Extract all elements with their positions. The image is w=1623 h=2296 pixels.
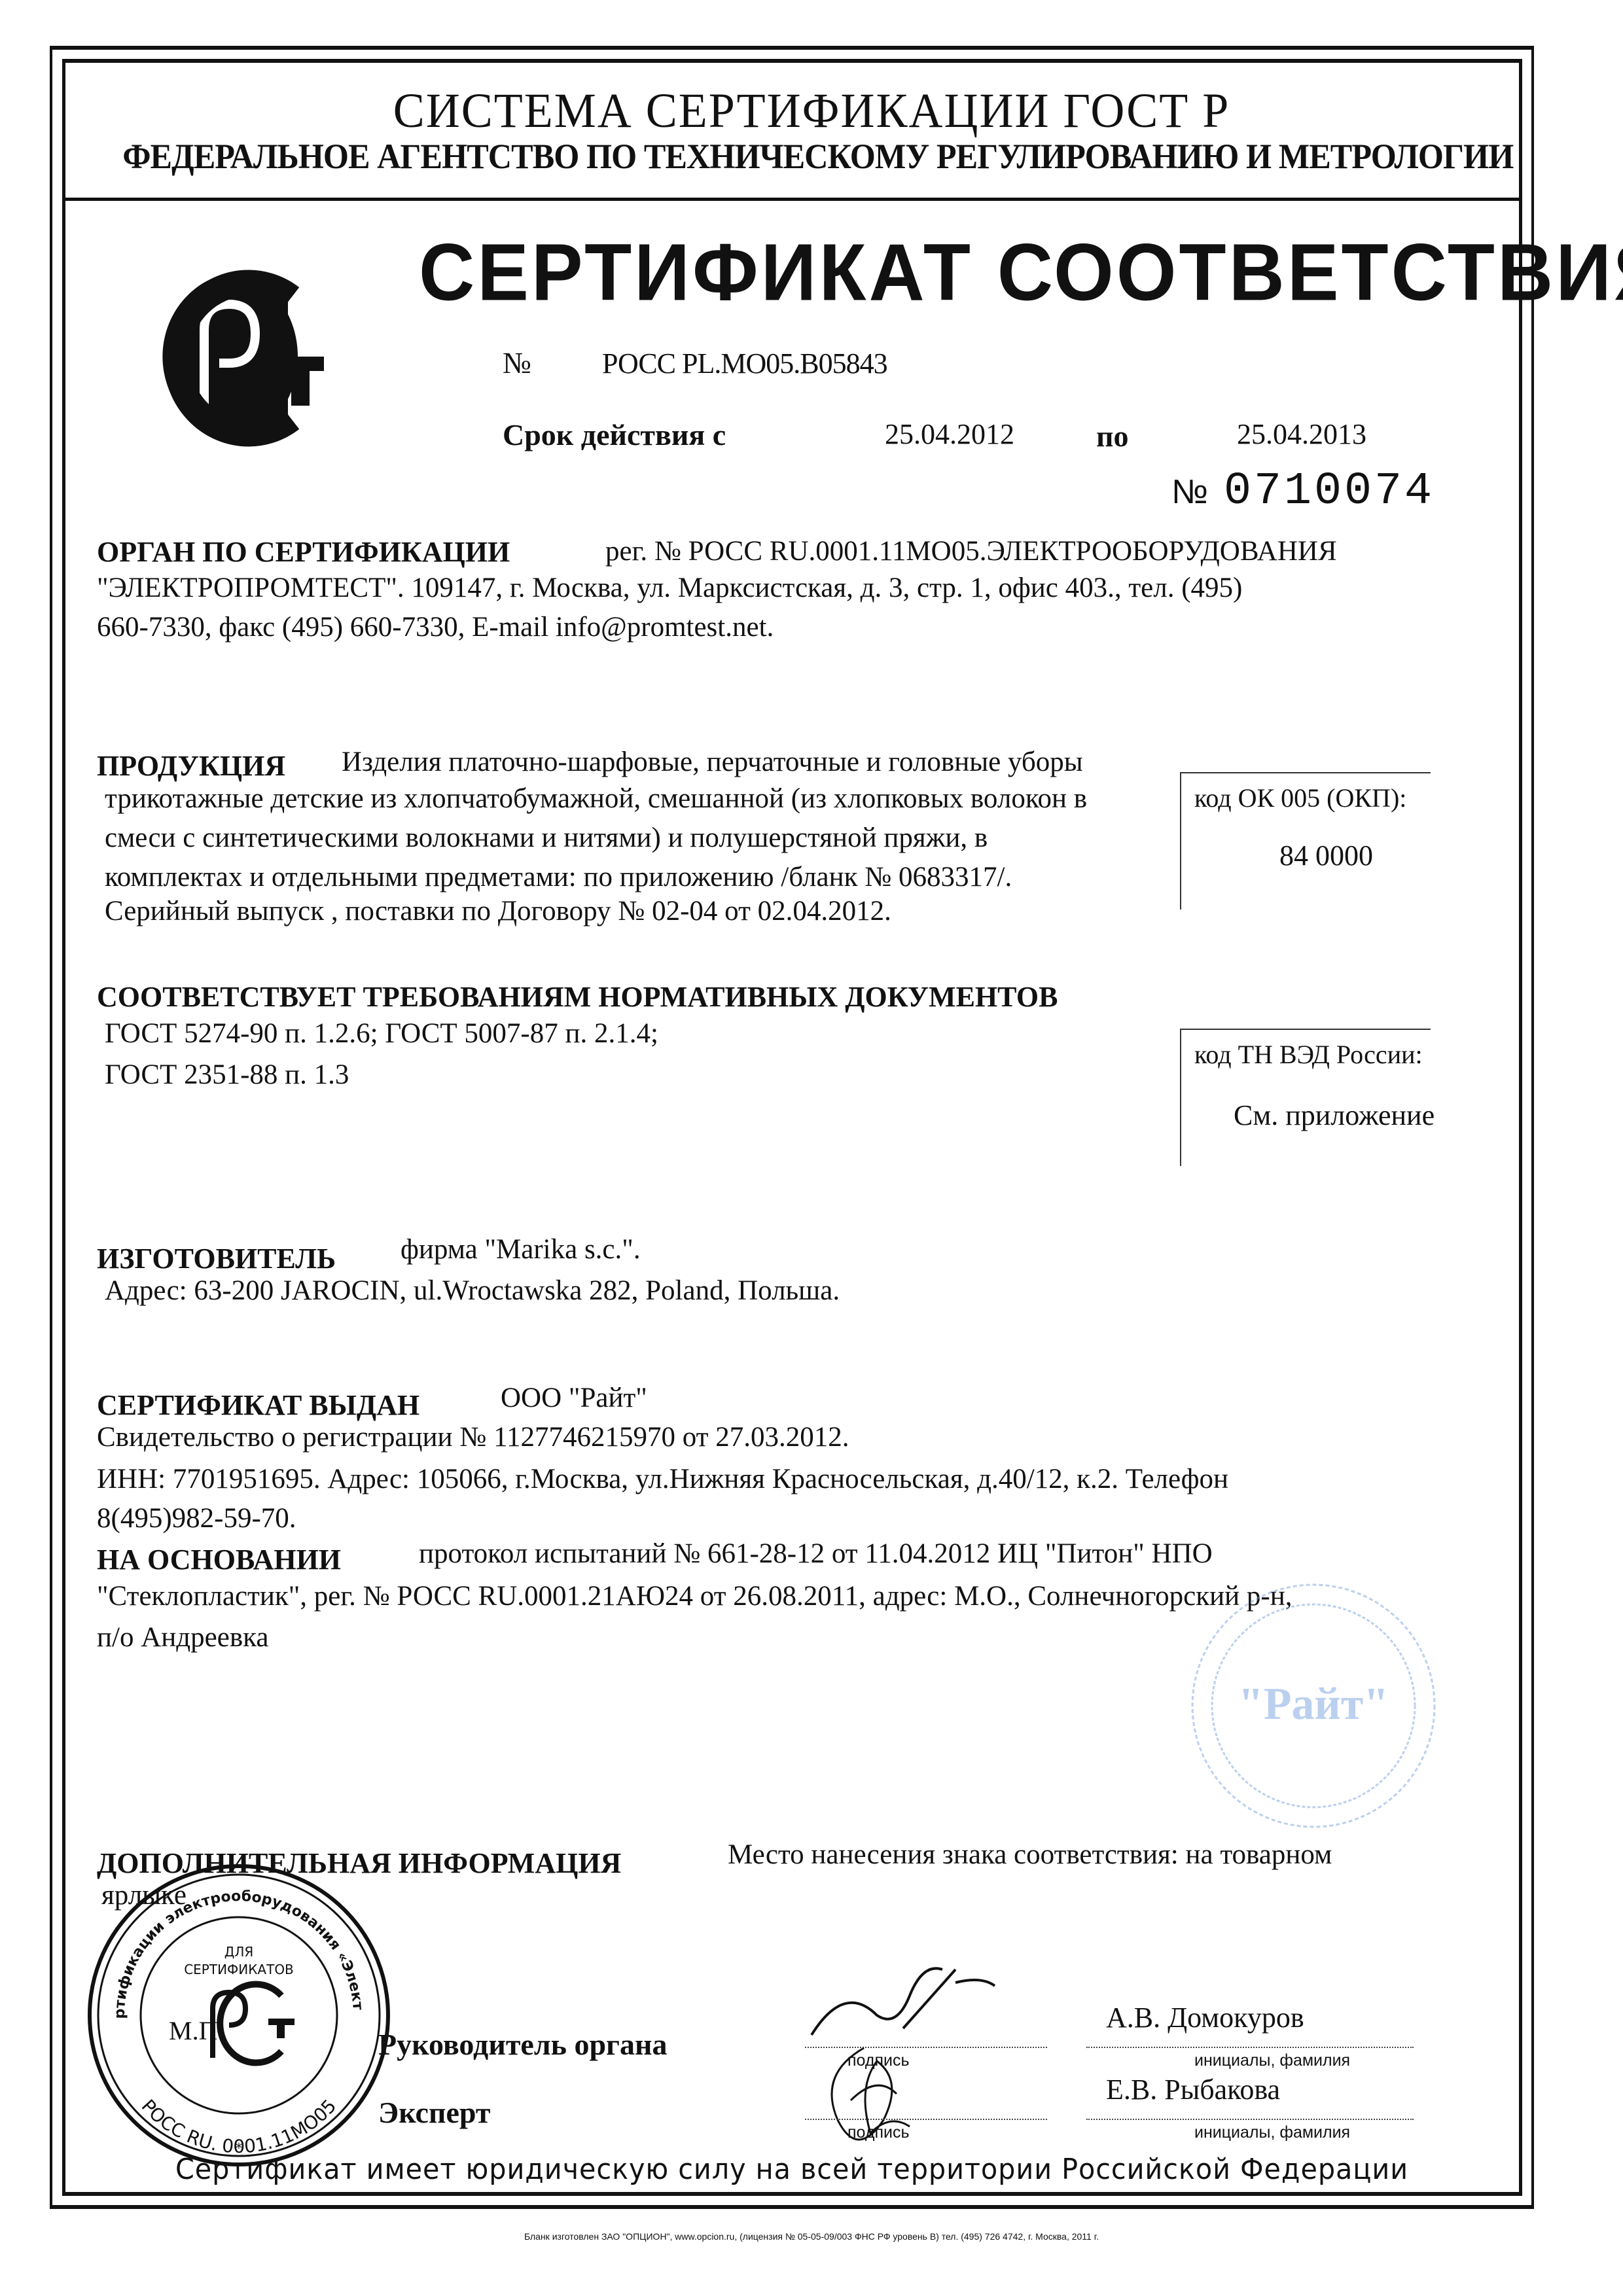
product-line: смеси с синтетическими волокнами и нитям… [105,822,988,854]
conformity-heading: СООТВЕТСТВУЕТ ТРЕБОВАНИЯМ НОРМАТИВНЫХ ДО… [97,980,1058,1014]
tnved-code-value: См. приложение [1234,1099,1435,1132]
basis-line: "Стеклопластик", рег. № РОСС RU.0001.21А… [97,1580,1293,1612]
product-line: Изделия платочно-шарфовые, перчаточные и… [342,746,1083,778]
product-line: комплектах и отдельными предметами: по п… [105,861,1012,893]
certification-body-seal-icon: Орган по сертификации электрооборудовани… [85,1862,393,2169]
expert-label: Эксперт [378,2095,490,2130]
valid-from-date: 25.04.2012 [885,417,1014,451]
svg-text:"Райт": "Райт" [1238,1679,1389,1729]
issued-to-line: ИНН: 7701951695. Адрес: 105066, г.Москва… [97,1463,1228,1495]
svg-text:Орган по сертификации электроо: Орган по сертификации электрооборудовани… [85,1862,366,2019]
certification-body-line: "ЭЛЕКТРОПРОМТЕСТ". 109147, г. Москва, ул… [97,572,1242,604]
certification-body-line: 660-7330, факс (495) 660-7330, E-mail in… [97,611,774,643]
system-title: СИСТЕМА СЕРТИФИКАЦИИ ГОСТ Р [0,82,1623,139]
issued-to-name: ООО "Райт" [501,1382,647,1414]
certificate-title: СЕРТИФИКАТ СООТВЕТСТВИЯ [419,226,1623,319]
product-line: трикотажные детские из хлопчатобумажной,… [105,783,1087,815]
basis-line: протокол испытаний № 661-28-12 от 11.04.… [419,1538,1213,1570]
company-stamp-icon: "Райт" [1186,1578,1441,1833]
expert-name: Е.В. Рыбакова [1106,2073,1280,2106]
blank-number: 0710074 [1224,466,1435,518]
head-name-line [1086,2047,1414,2048]
head-name: А.В. Домокуров [1106,2001,1304,2034]
certification-body-heading: ОРГАН ПО СЕРТИФИКАЦИИ [97,535,510,569]
certification-body-line: рег. № РОСС RU.0001.11МО05.ЭЛЕКТРООБОРУД… [605,535,1337,567]
svg-text:СЕРТИФИКАТОВ: СЕРТИФИКАТОВ [184,1962,294,1977]
expert-signature-line [805,2119,1047,2120]
head-name-caption: инициалы, фамилия [1194,2051,1350,2070]
head-of-body-label: Руководитель органа [378,2027,667,2062]
blank-number-label: № [1171,472,1208,512]
manufacturer-address: Адрес: 63-200 JAROCIN, ul.Wroctawska 282… [105,1275,840,1307]
legal-force-statement: Сертификат имеет юридическую силу на все… [48,2153,1537,2186]
tnved-code-box: код ТН ВЭД России: См. приложение [1180,1029,1431,1166]
expert-signature-caption: подпись [847,2123,910,2142]
basis-line: п/о Андреевка [97,1621,268,1653]
header-divider [62,198,1522,201]
expert-signature-icon [811,2035,955,2166]
additional-info-line: Место нанесения знака соответствия: на т… [728,1839,1332,1871]
okp-code-box: код ОК 005 (ОКП): 84 0000 [1180,772,1431,910]
standard-line: ГОСТ 2351-88 п. 1.3 [105,1059,349,1091]
printer-imprint: Бланк изготовлен ЗАО "ОПЦИОН", www.opcio… [0,2231,1623,2242]
basis-heading: НА ОСНОВАНИИ [97,1543,341,1576]
tnved-code-label: код ТН ВЭД России: [1194,1039,1423,1070]
valid-to-date: 25.04.2013 [1237,417,1366,451]
product-line: Серийный выпуск , поставки по Договору №… [105,895,891,927]
manufacturer-heading: ИЗГОТОВИТЕЛЬ [97,1242,336,1275]
okp-code-label: код ОК 005 (ОКП): [1194,783,1406,813]
issued-to-line: Свидетельство о регистрации № 1127746215… [97,1421,849,1453]
product-heading: ПРОДУКЦИЯ [97,749,285,783]
manufacturer-name: фирма "Marika s.c.". [401,1233,641,1265]
svg-text:ДЛЯ: ДЛЯ [224,1944,254,1960]
standard-line: ГОСТ 5274-90 п. 1.2.6; ГОСТ 5007-87 п. 2… [105,1017,658,1050]
valid-to-label: по [1096,419,1129,453]
issued-to-line: 8(495)982-59-70. [97,1502,296,1534]
agency-title: ФЕДЕРАЛЬНОЕ АГЕНТСТВО ПО ТЕХНИЧЕСКОМУ РЕ… [122,136,1467,177]
validity-label: Срок действия с [503,417,726,452]
cert-number-label: № [503,345,531,380]
expert-name-line [1086,2119,1414,2120]
okp-code-value: 84 0000 [1279,839,1373,872]
rst-logo-icon [157,258,327,455]
cert-number: РОСС PL.MO05.B05843 [602,347,887,380]
issued-to-heading: СЕРТИФИКАТ ВЫДАН [97,1388,419,1422]
expert-name-caption: инициалы, фамилия [1194,2123,1350,2142]
seal-placeholder-label: М.П. [169,2015,224,2046]
